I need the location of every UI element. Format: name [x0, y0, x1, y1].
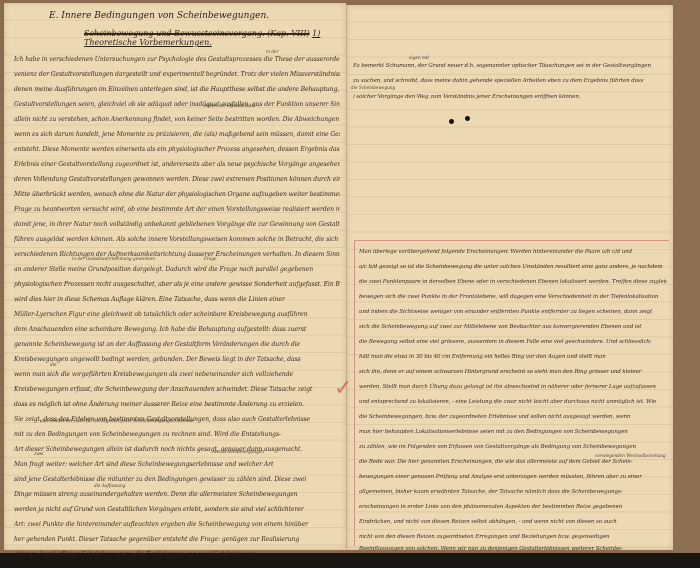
red-check-mark: ✓ — [334, 376, 352, 401]
ink-dot — [449, 119, 454, 124]
red-margin-line — [354, 240, 669, 546]
manuscript-line: zu suchen, und schreibt, dass meine dahi… — [353, 75, 667, 92]
book-cover-edge — [672, 0, 700, 553]
ink-dot — [465, 116, 470, 121]
left-manuscript-page: E. Innere Bedingungen von Scheinbewegung… — [4, 3, 346, 550]
section-subheading: Scheinbewegung und Bewusstseinsvorgang. … — [84, 29, 346, 47]
struck-out-title: Scheinbewegung und Bewusstseinsvorgang. … — [84, 29, 310, 38]
manuscript-line: / solcher Vorgänge den Weg zum Verständn… — [353, 91, 667, 108]
section-heading: E. Innere Bedingungen von Scheinbewegung… — [49, 11, 269, 21]
photo-shadow — [0, 553, 700, 568]
